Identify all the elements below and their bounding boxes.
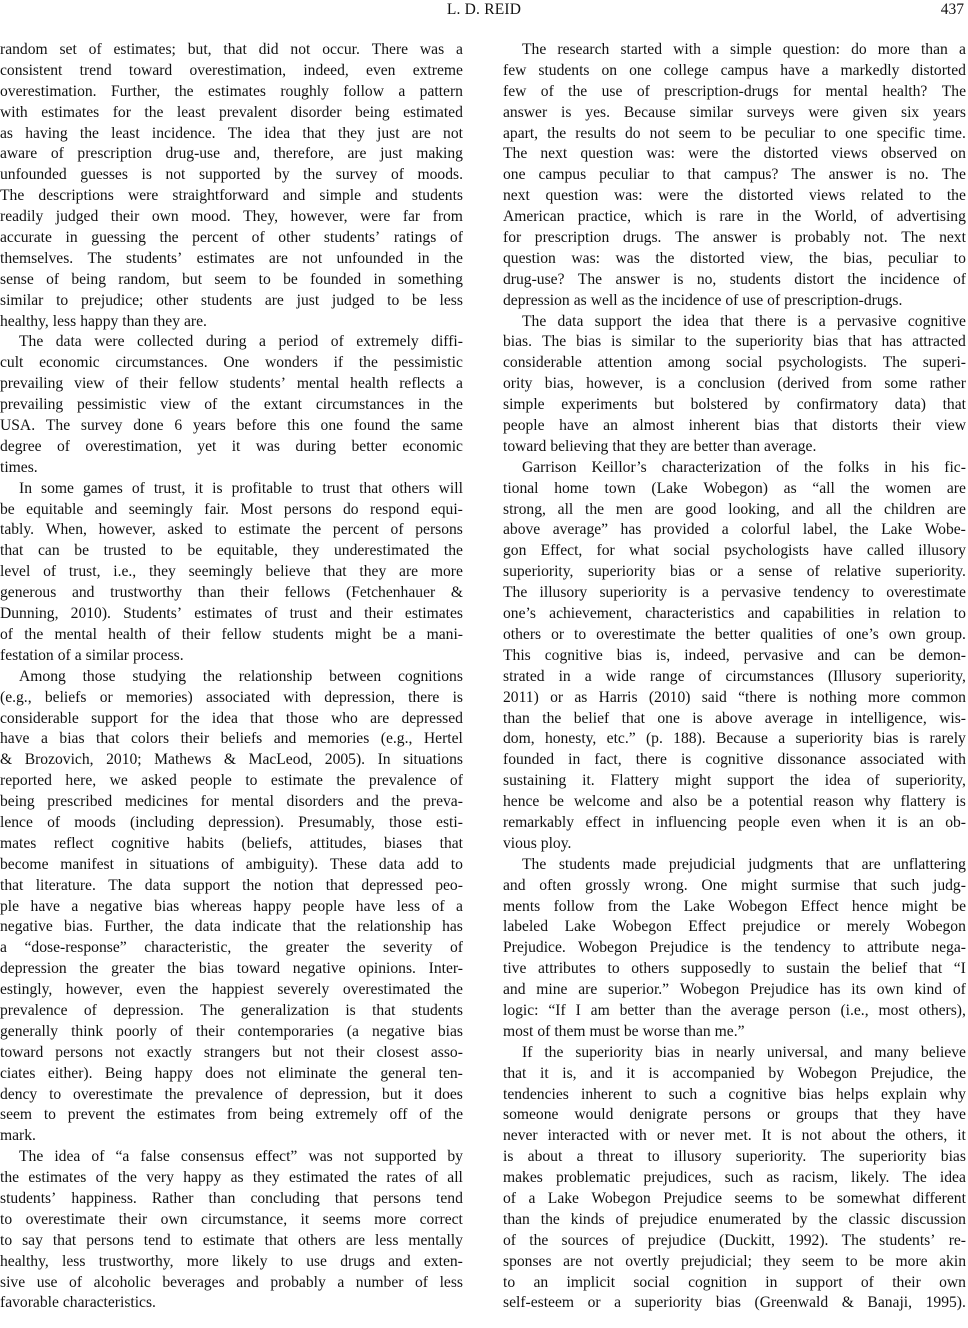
text-line: matesreflectcognitivehabits(beliefs,atti…	[0, 834, 463, 855]
text-line: ashavingtheleastincidence.Theideathatthe…	[0, 124, 463, 145]
text-line: beequitableandseeminglyfair.Mostpersonsd…	[0, 500, 463, 521]
text-line: withestimatesfortheleastprevalentdisorde…	[0, 103, 463, 124]
text-line: similartoprejudice;otherstudentsarejustj…	[0, 291, 463, 312]
text-line: unfoundedguessesisnotsupportedbythesurve…	[0, 165, 463, 186]
text-line: logic:“IfIambetterthantheaverageperson(i…	[503, 1001, 966, 1022]
text-line: thatcanbetrustedtobeequitable,theyundere…	[0, 541, 463, 562]
text-line: overestimation.Further,theestimatesrough…	[0, 82, 463, 103]
text-line: bias.Thebiasissimilartothesuperioritybia…	[503, 332, 966, 353]
text-line: makesproblematicprejudices,suchasracism,…	[503, 1168, 966, 1189]
text-line: Ifthesuperioritybiasinnearlyuniversal,an…	[503, 1043, 966, 1064]
text-line: culteconomiccircumstances.Onewondersifth…	[0, 353, 463, 374]
text-line: labeledLakeWobegonEffectprejudiceormerel…	[503, 917, 966, 938]
text-line: tiveattributestootherssupposedlytosustai…	[503, 959, 966, 980]
text-line: remarkablyeffectininfluencingpeopleevenw…	[503, 813, 966, 834]
text-line: Thenextquestionwas:werethedistortedviews…	[503, 144, 966, 165]
text-line: accurateinguessingthepercentofotherstude…	[0, 228, 463, 249]
text-line: simpleexperimentsbutbolsteredbyconfirmat…	[503, 395, 966, 416]
text-line: toanimplicitsocialcognitioninsupportofth…	[503, 1273, 966, 1294]
text-line: isaboutathreattoillusorysuperiority.Thes…	[503, 1147, 966, 1168]
text-line: thatliterature.Thedatasupportthenotionth…	[0, 876, 463, 897]
text-line: ofthementalhealthoftheirfellowstudentsmi…	[0, 625, 463, 646]
text-line: siveuseofalcoholicbeveragesandprobablyan…	[0, 1273, 463, 1294]
text-line: hencebewelcomeandalsobeapotentialreasonw…	[503, 792, 966, 813]
text-line: towardbelievingthattheyarebetterthanaver…	[503, 437, 966, 458]
text-line: generousandtrustworthythantheirfellows(F…	[0, 583, 463, 604]
text-line: peoplehaveanalmostinherentbiasthatdistor…	[503, 416, 966, 437]
text-line: ofaLakeWobegonPrejudiceseemstobesomewhat…	[503, 1189, 966, 1210]
text-line: mark.	[0, 1126, 463, 1147]
text-line: gonEffect,forwhatsocialpsychologistshave…	[503, 541, 966, 562]
text-line: tooverestimatetheirowncircumstance,itsee…	[0, 1210, 463, 1231]
paragraph: Thestudentsmadeprejudicialjudgmentsthata…	[503, 855, 966, 1043]
text-line: (e.g.,beliefsormemories)associatedwithde…	[0, 688, 463, 709]
paragraph: Insomegamesoftrust,itisprofitabletotrust…	[0, 479, 463, 667]
text-line: prevailingpessimisticviewoftheextantcirc…	[0, 395, 463, 416]
text-line: seemtopreventtheestimatesfrombeingextrem…	[0, 1105, 463, 1126]
text-line: degreeofoverestimation,yetitwasduringbet…	[0, 437, 463, 458]
text-line: theestimatesoftheveryhappyastheyestimate…	[0, 1168, 463, 1189]
text-line: fewstudentsononecollegecampushaveamarked…	[503, 61, 966, 82]
text-line: dom,honesty,etc.”(p.188).Becauseasuperio…	[503, 729, 966, 750]
text-line: andoftengrosslywrong.Onemightsurmisethat…	[503, 876, 966, 897]
text-line: considerableattentionamongsocialpsycholo…	[503, 353, 966, 374]
text-line: prevailingviewoftheirfellowstudents’ment…	[0, 374, 463, 395]
paragraph: GarrisonKeillor’scharacterizationofthefo…	[503, 458, 966, 855]
text-line: dencytooverestimatetheprevalenceofdepres…	[0, 1085, 463, 1106]
text-line: Thestudentsmadeprejudicialjudgmentsthata…	[503, 855, 966, 876]
text-line: oritybias,however,isaconclusion(derivedf…	[503, 374, 966, 395]
text-line: lenceofmoods(includingdepression).Presum…	[0, 813, 463, 834]
text-line: tendenciesinherenttosuchacognitivebiashe…	[503, 1085, 966, 1106]
text-line: favorablecharacteristics.	[0, 1293, 463, 1314]
text-line: tosaythatpersonstendtoestimatethatothers…	[0, 1231, 463, 1252]
text-line: Thedescriptionswerestraightforwardandsim…	[0, 186, 463, 207]
text-line: foundedinfact,thereiscognitivedissonance…	[503, 750, 966, 771]
text-line: questionwas:wasthedistortedview,thebias,…	[503, 249, 966, 270]
text-line: negativebias.Further,thedataindicatethat…	[0, 917, 463, 938]
text-line: USA.Thesurveydone6yearsbeforethisonefoun…	[0, 416, 463, 437]
text-line: Thiscognitivebiasis,indeed,pervasiveandc…	[503, 646, 966, 667]
text-line: one’sachievement,characteristicsandcapab…	[503, 604, 966, 625]
text-line: sustainingit.Flatterymightsupporttheidea…	[503, 771, 966, 792]
text-line: healthy,lesshappythantheyare.	[0, 312, 463, 333]
text-line: generallythinkpoorlyoftheircontemporarie…	[0, 1022, 463, 1043]
text-line: Thedatawerecollectedduringaperiodofextre…	[0, 332, 463, 353]
text-line: festationofasimilarprocess.	[0, 646, 463, 667]
text-line: randomsetofestimates;but,thatdidnotoccur…	[0, 40, 463, 61]
text-line: Thedatasupporttheideathatthereisapervasi…	[503, 312, 966, 333]
text-line: drug-use?Theanswerisno,studentsdistortth…	[503, 270, 966, 291]
text-line: superiority,superioritybiasorasenseofrel…	[503, 562, 966, 583]
text-line: Americanpractice,whichisrareintheWorld,o…	[503, 207, 966, 228]
text-line: nextquestionwas:werethedistortedviewsrel…	[503, 186, 966, 207]
text-line: Insomegamesoftrust,itisprofitabletotrust…	[0, 479, 463, 500]
text-line: tionalhometown(LakeWobegon)as“allthewome…	[503, 479, 966, 500]
text-line: aboveaverage”hasprovidedacolorfullabel,t…	[503, 520, 966, 541]
text-line: reportedhere,weaskedpeopletoestimatethep…	[0, 771, 463, 792]
text-line: becomemanifestinsituationsofambiguity).T…	[0, 855, 463, 876]
text-line: mostofthemmustbeworsethanme.”	[503, 1022, 966, 1043]
text-line: Theillusorysuperiorityisapervasivetenden…	[503, 583, 966, 604]
text-line: viousploy.	[503, 834, 966, 855]
page-header: L. D. REID 437	[0, 0, 968, 24]
paragraph: Thedatawerecollectedduringaperiodofextre…	[0, 332, 463, 478]
text-line: Theideaof“afalseconsensuseffect”wasnotsu…	[0, 1147, 463, 1168]
text-line: leveloftrust,i.e.,theyseeminglybelieveth…	[0, 562, 463, 583]
text-line: forprescriptiondrugs.Theanswerisprobably…	[503, 228, 966, 249]
text-line: estingly,however,eventhehappiestseverely…	[0, 980, 463, 1001]
paragraph: randomsetofestimates;but,thatdidnotoccur…	[0, 40, 463, 332]
text-line: stratedinawiderangeofcircumstances(Illus…	[503, 667, 966, 688]
text-line: thatitis,anditisaccompaniedbyWobegonPrej…	[503, 1064, 966, 1085]
text-line: onecampuspeculiartothatcampus?Theansweri…	[503, 165, 966, 186]
text-line: considerablesupportfortheideathatthosewh…	[0, 709, 463, 730]
text-line: 2011)orasHarris(2010)said“thereisnothing…	[503, 688, 966, 709]
left-column: randomsetofestimates;but,thatdidnotoccur…	[0, 40, 463, 1314]
text-line: prevalenceofdepression.Thegeneralization…	[0, 1001, 463, 1022]
text-line: sponsesarenotovertlyprejudicial;theyseem…	[503, 1252, 966, 1273]
text-line: healthy,lesstrustworthy,morelikelytoused…	[0, 1252, 463, 1273]
text-line: tably.When,however,askedtoestimatetheper…	[0, 520, 463, 541]
text-line: themselves.Thestudents’estimatesarenotun…	[0, 249, 463, 270]
paragraph: Theresearchstartedwithasimplequestion:do…	[503, 40, 966, 312]
text-line: plehaveanegativebiaswhereashappypeopleha…	[0, 897, 463, 918]
paragraph: Thedatasupporttheideathatthereisapervasi…	[503, 312, 966, 458]
text-line: beingprescribedmedicinesformentaldisorde…	[0, 792, 463, 813]
right-column: Theresearchstartedwithasimplequestion:do…	[503, 40, 966, 1314]
text-line: awareofprescriptiondrug-useand,therefore…	[0, 144, 463, 165]
text-line: someonewoulddenigratepersonsorgroupsthat…	[503, 1105, 966, 1126]
text-line: GarrisonKeillor’scharacterizationofthefo…	[503, 458, 966, 479]
text-line: apart,theresultsdonotseemtobepeculiartoo…	[503, 124, 966, 145]
text-line: strong,allthemenaregoodlooking,andallthe…	[503, 500, 966, 521]
text-line: Theresearchstartedwithasimplequestion:do…	[503, 40, 966, 61]
text-line: consistenttrendtowardoverestimation,inde…	[0, 61, 463, 82]
page-number: 437	[941, 1, 964, 19]
text-line: haveabiasthatcolorstheirbeliefsandmemori…	[0, 729, 463, 750]
text-line: senseofbeingrandom,butseemtobefoundedins…	[0, 270, 463, 291]
text-line: towardpersonsnotexactlystrangersbutnotth…	[0, 1043, 463, 1064]
text-line: andminearesuperior.”WobegonPrejudicehasi…	[503, 980, 966, 1001]
running-head-author: L. D. REID	[0, 1, 968, 19]
text-line: ciateseither).Beinghappydoesnoteliminate…	[0, 1064, 463, 1085]
text-line: ofthesourcesofprejudice(Duckitt,1992).Th…	[503, 1231, 966, 1252]
text-line: readilyjudgedtheirownmood.They,however,w…	[0, 207, 463, 228]
text-line: Dunning,2010).Students’estimatesoftrusta…	[0, 604, 463, 625]
text-line: times.	[0, 458, 463, 479]
paragraph: Theideaof“afalseconsensuseffect”wasnotsu…	[0, 1147, 463, 1314]
text-line: mentsfollowfromtheLakeWobegonEffecthence…	[503, 897, 966, 918]
text-line: Prejudice.WobegonPrejudiceisthetendencyt…	[503, 938, 966, 959]
text-line: Amongthosestudyingtherelationshipbetween…	[0, 667, 463, 688]
text-line: students’happiness.Ratherthanconcludingt…	[0, 1189, 463, 1210]
text-line: fewoftheuseofprescription-drugsformental…	[503, 82, 966, 103]
paragraph: Ifthesuperioritybiasinnearlyuniversal,an…	[503, 1043, 966, 1315]
text-line: a“dose-response”characteristic,thegreate…	[0, 938, 463, 959]
text-line: depressionthegreaterthebiastowardnegativ…	[0, 959, 463, 980]
text-line: thanthekindsofprejudiceenumeratedbythecl…	[503, 1210, 966, 1231]
paragraph: Amongthosestudyingtherelationshipbetween…	[0, 667, 463, 1147]
text-line: self-esteemorasuperioritybias(Greenwald&…	[503, 1293, 966, 1314]
text-line: neverinteractedwithornevermet.Itisnotabo…	[503, 1126, 966, 1147]
text-line: othersortooverestimatethebetterqualities…	[503, 625, 966, 646]
text-line: &Brozovich,2010;Mathews&MacLeod,2005).In…	[0, 750, 463, 771]
text-line: thanthebeliefthatoneisaboveaverageininte…	[503, 709, 966, 730]
text-line: answerisyes.Becausesimilarsurveysweregiv…	[503, 103, 966, 124]
text-line: depressionaswellastheincidenceofuseofpre…	[503, 291, 966, 312]
